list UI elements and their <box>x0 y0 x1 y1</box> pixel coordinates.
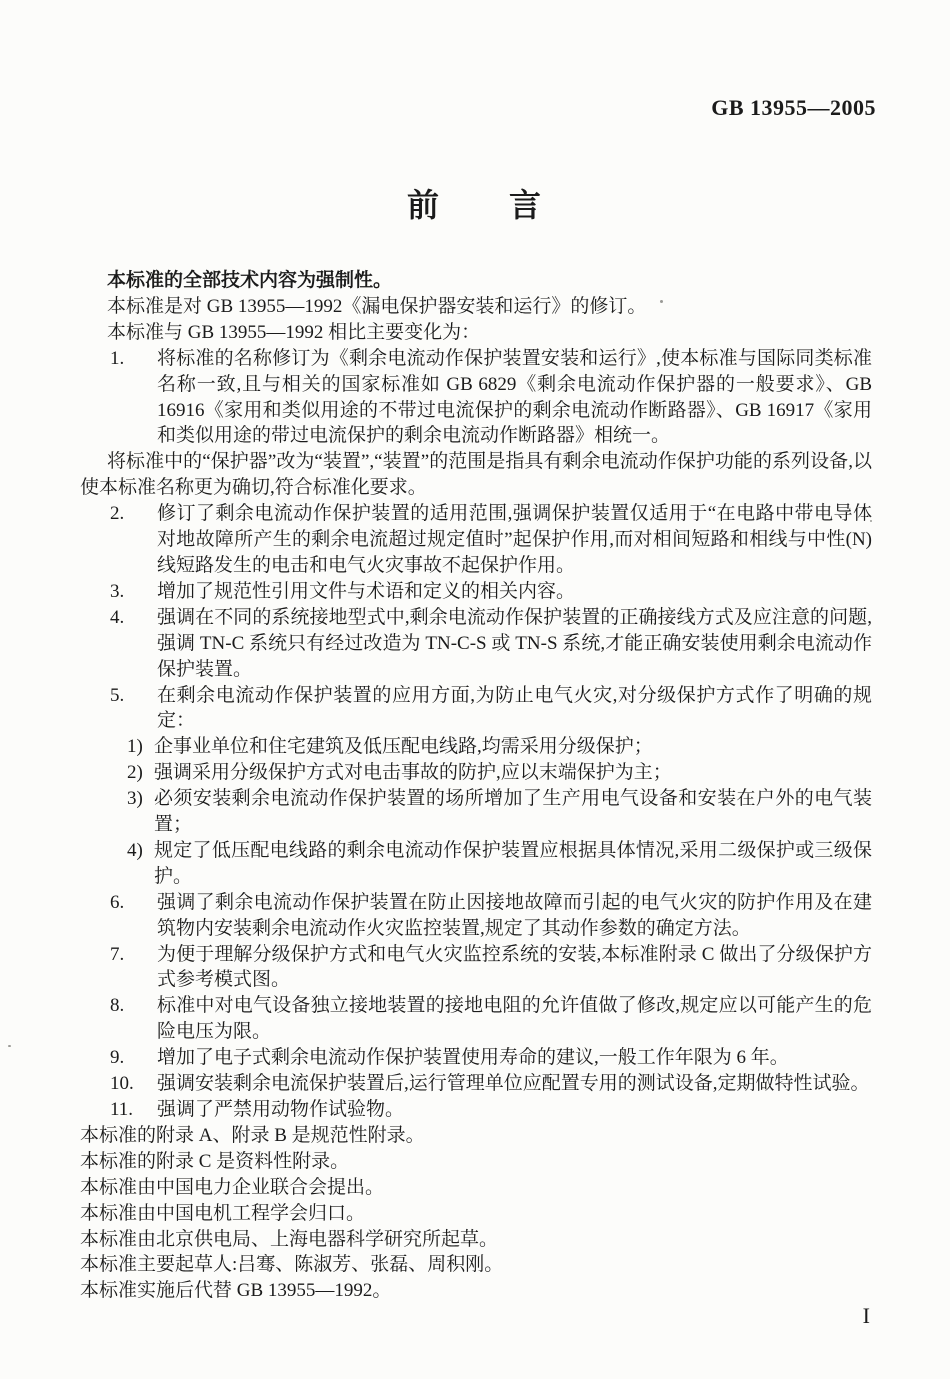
paragraph: 本标准由北京供电局、上海电器科学研究所起草。 <box>80 1227 872 1253</box>
document-page: GB 13955—2005 前 言 本标准的全部技术内容为强制性。 本标准是对 … <box>0 0 950 1379</box>
paragraph-text: 本标准是对 GB 13955—1992《漏电保护器安装和运行》的修订。 <box>107 296 646 317</box>
item-label: 1. <box>110 346 157 450</box>
paragraph-text: 标准中对电气设备独立接地装置的接地电阻的允许值做了修改,规定应以可能产生的危险电… <box>157 993 872 1045</box>
paragraph-text: 本标准主要起草人:吕骞、陈淑芳、张磊、周积刚。 <box>80 1254 503 1275</box>
paragraph-text: 本标准的附录 A、附录 B 是规范性附录。 <box>80 1125 425 1146</box>
paragraph: 本标准由中国电力企业联合会提出。 <box>80 1175 872 1201</box>
paragraph-text: 强调了严禁用动物作试验物。 <box>157 1097 872 1123</box>
item-label: 4) <box>127 838 154 890</box>
paragraph-text: 增加了电子式剩余电流动作保护装置使用寿命的建议,一般工作年限为 6 年。 <box>157 1045 872 1071</box>
item-label: 1) <box>127 734 154 760</box>
item-label: 11. <box>110 1097 157 1123</box>
page-title: 前 言 <box>0 180 950 226</box>
list-item: 9. 增加了电子式剩余电流动作保护装置使用寿命的建议,一般工作年限为 6 年。 <box>80 1045 872 1071</box>
scan-speck <box>8 1045 11 1047</box>
paragraph-text: 强调了剩余电流动作保护装置在防止因接地故障而引起的电气火灾的防护作用及在建筑物内… <box>157 890 872 942</box>
item-label: 10. <box>110 1071 157 1097</box>
paragraph-text: 本标准的附录 C 是资料性附录。 <box>80 1151 349 1172</box>
list-item: 3) 必须安装剩余电流动作保护装置的场所增加了生产用电气设备和安装在户外的电气装… <box>80 786 872 838</box>
item-label: 2) <box>127 760 154 786</box>
item-label: 3) <box>127 786 154 838</box>
paragraph-text: 在剩余电流动作保护装置的应用方面,为防止电气火灾,对分级保护方式作了明确的规定： <box>157 683 872 735</box>
list-item: 1. 将标准的名称修订为《剩余电流动作保护装置安装和运行》,使本标准与国际同类标… <box>80 346 872 450</box>
item-label: 5. <box>110 683 157 735</box>
list-item: 3. 增加了规范性引用文件与术语和定义的相关内容。 <box>80 579 872 605</box>
item-label: 7. <box>110 942 157 994</box>
list-item: 11. 强调了严禁用动物作试验物。 <box>80 1097 872 1123</box>
standard-code: GB 13955—2005 <box>711 95 876 121</box>
list-item: 7. 为便于理解分级保护方式和电气火灾监控系统的安装,本标准附录 C 做出了分级… <box>80 942 872 994</box>
list-item: 5. 在剩余电流动作保护装置的应用方面,为防止电气火灾,对分级保护方式作了明确的… <box>80 683 872 735</box>
paragraph: 本标准实施后代替 GB 13955—1992。 <box>80 1278 872 1304</box>
scan-speck <box>660 300 663 303</box>
item-label: 3. <box>110 579 157 605</box>
paragraph-text: 强调安装剩余电流保护装置后,运行管理单位应配置专用的测试设备,定期做特性试验。 <box>157 1071 872 1097</box>
list-item: 8. 标准中对电气设备独立接地装置的接地电阻的允许值做了修改,规定应以可能产生的… <box>80 993 872 1045</box>
paragraph: 本标准的附录 A、附录 B 是规范性附录。 <box>80 1123 872 1149</box>
paragraph-text: 必须安装剩余电流动作保护装置的场所增加了生产用电气设备和安装在户外的电气装置； <box>154 786 872 838</box>
paragraph-text: 增加了规范性引用文件与术语和定义的相关内容。 <box>157 579 872 605</box>
paragraph-text: 本标准由北京供电局、上海电器科学研究所起草。 <box>80 1229 498 1250</box>
foreword-body: 本标准的全部技术内容为强制性。 本标准是对 GB 13955—1992《漏电保护… <box>80 268 872 1304</box>
paragraph: 本标准主要起草人:吕骞、陈淑芳、张磊、周积刚。 <box>80 1252 872 1278</box>
item-label: 8. <box>110 993 157 1045</box>
list-item: 2. 修订了剩余电流动作保护装置的适用范围,强调保护装置仅适用于“在电路中带电导… <box>80 501 872 579</box>
scan-speck <box>870 520 872 522</box>
paragraph-text: 将标准的名称修订为《剩余电流动作保护装置安装和运行》,使本标准与国际同类标准名称… <box>157 346 872 450</box>
paragraph: 本标准是对 GB 13955—1992《漏电保护器安装和运行》的修订。 <box>80 294 872 320</box>
paragraph-text: 强调采用分级保护方式对电击事故的防护,应以末端保护为主； <box>154 760 872 786</box>
paragraph-text: 强调在不同的系统接地型式中,剩余电流动作保护装置的正确接线方式及应注意的问题,强… <box>157 605 872 683</box>
paragraph-text: 将标准中的“保护器”改为“装置”,“装置”的范围是指具有剩余电流动作保护功能的系… <box>80 451 872 498</box>
paragraph-text: 本标准由中国电力企业联合会提出。 <box>80 1177 384 1198</box>
paragraph-text: 规定了低压配电线路的剩余电流动作保护装置应根据具体情况,采用二级保护或三级保护。 <box>154 838 872 890</box>
page-number: I <box>863 1303 870 1329</box>
item-label: 4. <box>110 605 157 683</box>
paragraph-text: 修订了剩余电流动作保护装置的适用范围,强调保护装置仅适用于“在电路中带电导体对地… <box>157 501 872 579</box>
list-item: 10. 强调安装剩余电流保护装置后,运行管理单位应配置专用的测试设备,定期做特性… <box>80 1071 872 1097</box>
list-item: 4. 强调在不同的系统接地型式中,剩余电流动作保护装置的正确接线方式及应注意的问… <box>80 605 872 683</box>
item-label: 2. <box>110 501 157 579</box>
paragraph-text: 企事业单位和住宅建筑及低压配电线路,均需采用分级保护； <box>154 734 872 760</box>
list-item: 4) 规定了低压配电线路的剩余电流动作保护装置应根据具体情况,采用二级保护或三级… <box>80 838 872 890</box>
list-item: 2) 强调采用分级保护方式对电击事故的防护,应以末端保护为主； <box>80 760 872 786</box>
list-item: 6. 强调了剩余电流动作保护装置在防止因接地故障而引起的电气火灾的防护作用及在建… <box>80 890 872 942</box>
paragraph: 将标准中的“保护器”改为“装置”,“装置”的范围是指具有剩余电流动作保护功能的系… <box>80 449 872 501</box>
paragraph-text: 本标准的全部技术内容为强制性。 <box>107 270 392 291</box>
paragraph: 本标准与 GB 13955—1992 相比主要变化为： <box>80 320 872 346</box>
paragraph-text: 本标准由中国电机工程学会归口。 <box>80 1203 365 1224</box>
paragraph-text: 本标准实施后代替 GB 13955—1992。 <box>80 1280 391 1301</box>
paragraph: 本标准由中国电机工程学会归口。 <box>80 1201 872 1227</box>
paragraph: 本标准的全部技术内容为强制性。 <box>80 268 872 294</box>
paragraph-text: 本标准与 GB 13955—1992 相比主要变化为： <box>107 322 480 343</box>
item-label: 9. <box>110 1045 157 1071</box>
paragraph: 本标准的附录 C 是资料性附录。 <box>80 1149 872 1175</box>
item-label: 6. <box>110 890 157 942</box>
list-item: 1) 企事业单位和住宅建筑及低压配电线路,均需采用分级保护； <box>80 734 872 760</box>
paragraph-text: 为便于理解分级保护方式和电气火灾监控系统的安装,本标准附录 C 做出了分级保护方… <box>157 942 872 994</box>
